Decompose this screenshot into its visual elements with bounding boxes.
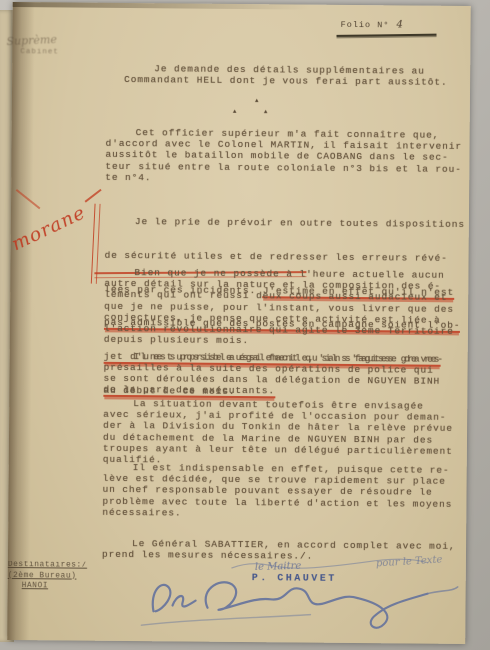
folio-underline [337, 34, 437, 38]
paragraph-2: Cet officier supérieur m'a fait connaîtr… [105, 127, 471, 186]
folio-text: Folio N° [341, 20, 390, 30]
text-line: Commandant HELL dont je vous ferai part … [124, 74, 464, 88]
separator-triangle-right: ▲ [264, 108, 268, 115]
text-line: (2ème Bureau) [8, 571, 87, 582]
paragraph-4: Bien que je ne possède à l'heure actuell… [104, 267, 471, 349]
paragraph-6: La situation devant toutefois être envis… [103, 398, 470, 468]
text-line: Destinataires:/ [8, 560, 87, 571]
text-line: HANOI [22, 581, 87, 592]
photo-of-document: { "palette": { "photo_background": "#b7b… [0, 0, 490, 650]
folio-label: Folio N°4 [341, 19, 404, 31]
folio-number: 4 [396, 19, 403, 30]
page-binding-shadow [7, 2, 35, 640]
signature-handwriting [135, 551, 476, 644]
document-page: Suprème Cabinet Folio N°4 Je demande des… [7, 2, 471, 644]
paragraph-1: Je demande des détails supplémentaires a… [124, 63, 464, 88]
letterhead-sub: Cabinet [20, 48, 59, 56]
separator-triangle-left: ▲ [233, 108, 237, 115]
distribution-block: Destinataires:/(2ème Bureau)HANOI [8, 560, 87, 592]
page-top-edge-shadow [13, 2, 311, 10]
text-line: Je le prie de prévoir en outre toutes di… [105, 216, 471, 230]
paragraph-5: Il est possible également qu'il s'agisse… [103, 351, 469, 399]
paragraph-7: Il est indispensable en effet, puisque c… [102, 462, 468, 521]
text-line: de sécurité utiles et de redresser les e… [105, 250, 471, 264]
separator-triangle-top: ▲ [255, 97, 259, 104]
